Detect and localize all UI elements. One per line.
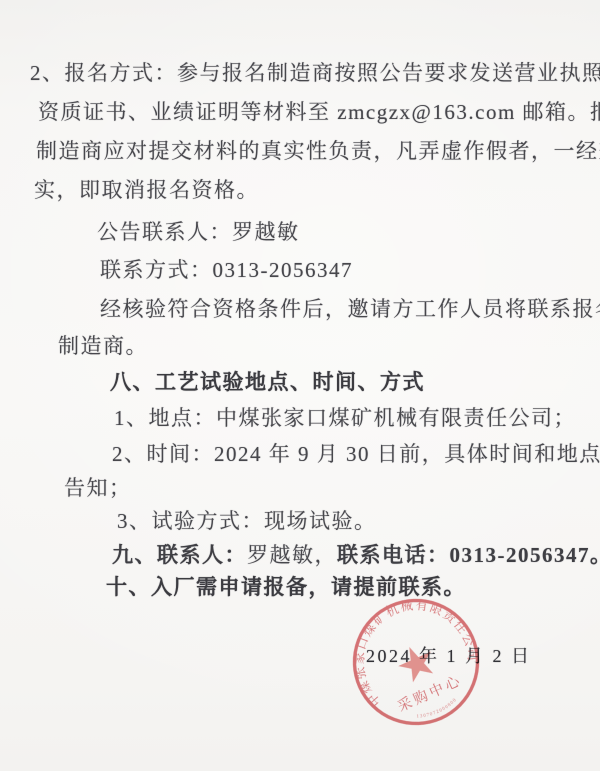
test-method-item: 3、试验方式：现场试验。 — [117, 505, 377, 535]
signup-method-line-2: 资质证书、业绩证明等材料至 zmcgzx@163.com 邮箱。报名 — [38, 96, 600, 126]
announcement-contact-phone: 联系方式：0313-2056347 — [100, 254, 353, 284]
section-9-name: 罗越敏， — [247, 543, 337, 567]
signup-method-line-3: 制造商应对提交材料的真实性负责，凡弄虚作假者，一经查 — [36, 135, 600, 165]
signup-method-line-1: 2、报名方式：参与报名制造商按照公告要求发送营业执照、 — [30, 57, 600, 87]
signup-method-line-4: 实，即取消报名资格。 — [34, 174, 259, 204]
test-location-item: 1、地点：中煤张家口煤矿机械有限责任公司； — [114, 402, 576, 432]
section-9-phone: 联系电话：0313-2056347。 — [337, 543, 600, 567]
section-8-heading: 八、工艺试验地点、时间、方式 — [110, 366, 425, 396]
announcement-contact-person: 公告联系人：罗越敏 — [97, 216, 300, 246]
test-time-item-line-1: 2、时间：2024 年 9 月 30 日前，具体时间和地点另行 — [112, 438, 600, 468]
section-9-label: 九、联系人： — [112, 543, 247, 567]
verification-line-1: 经核验符合资格条件后，邀请方工作人员将联系报名 — [100, 293, 600, 323]
seal-star-icon — [393, 640, 439, 685]
test-time-item-line-2: 告知； — [64, 472, 132, 502]
scanned-document-page: 2、报名方式：参与报名制造商按照公告要求发送营业执照、 资质证书、业绩证明等材料… — [0, 0, 600, 771]
verification-line-2: 制造商。 — [58, 330, 148, 360]
section-9-contact-line: 九、联系人：罗越敏，联系电话：0313-2056347。 — [112, 539, 600, 569]
